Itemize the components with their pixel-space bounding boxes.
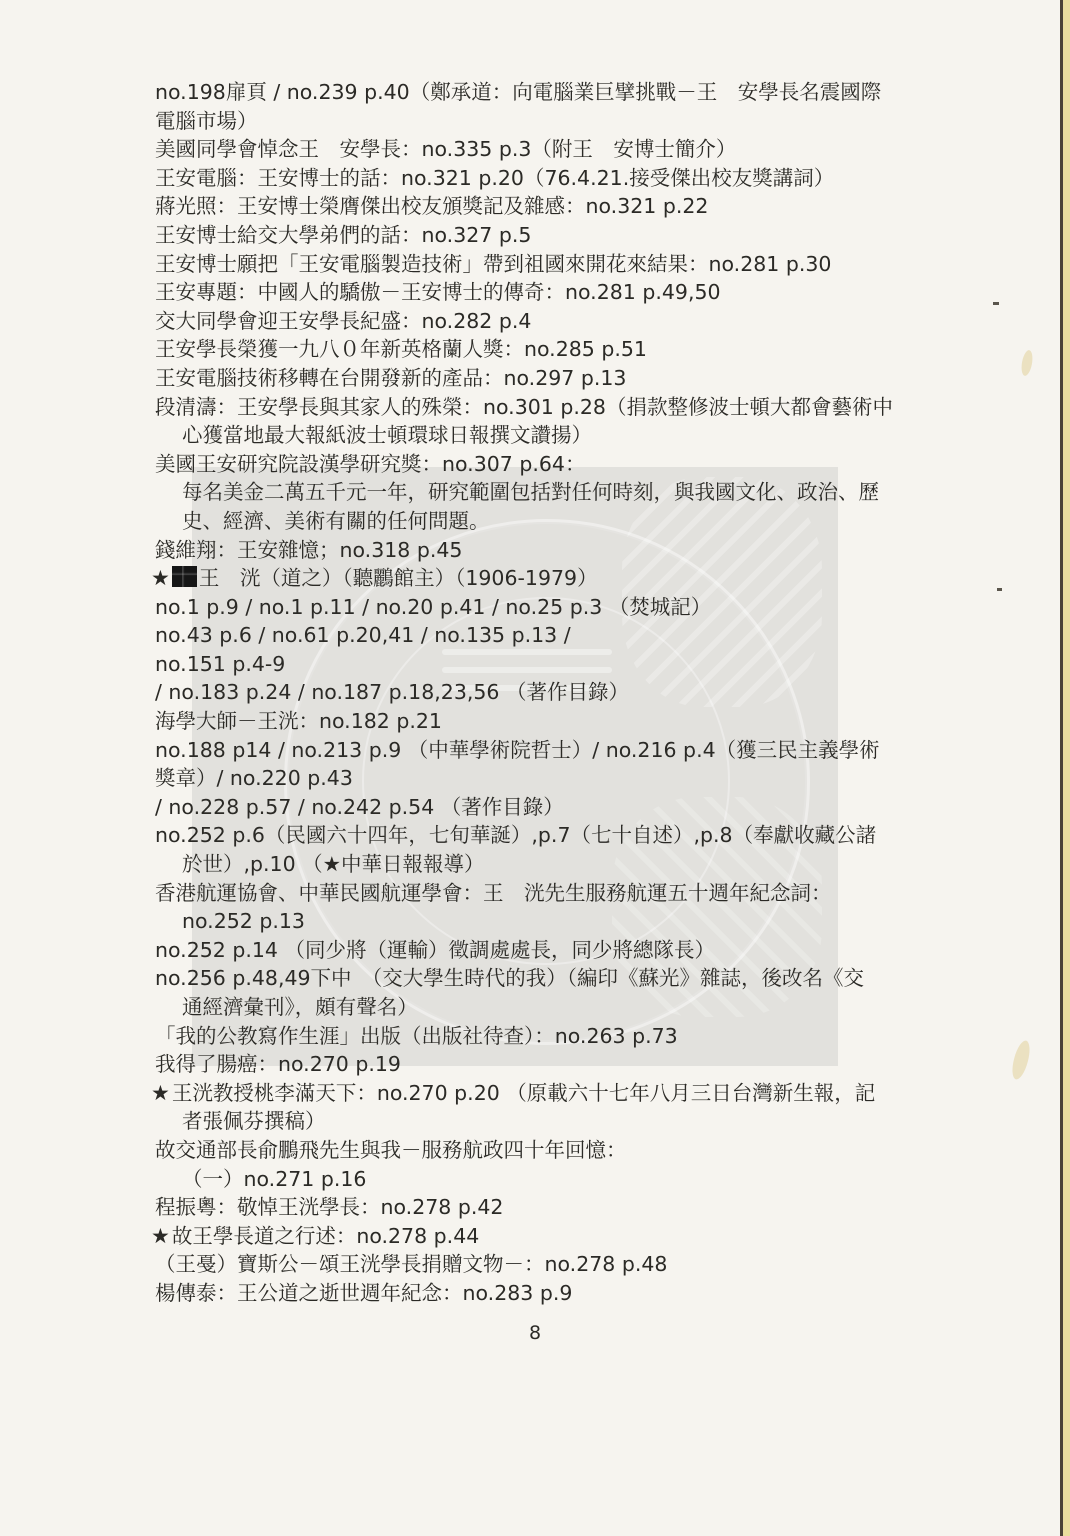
- index-line: 美國同學會悼念王 安學長：no.335 p.3（附王 安博士簡介）: [155, 135, 893, 164]
- index-line-text: （一）no.271 p.16: [182, 1167, 366, 1191]
- index-line: no.252 p.6（民國六十四年，七旬華誕）,p.7（七十自述）,p.8（奉獻…: [155, 821, 893, 850]
- index-line-text: 蔣光照：王安博士榮膺傑出校友頒獎記及雜感：no.321 p.22: [155, 194, 708, 218]
- index-line-text: no.43 p.6 / no.61 p.20,41 / no.135 p.13 …: [155, 623, 571, 647]
- index-line: / no.228 p.57 / no.242 p.54 （著作目錄）: [155, 793, 893, 822]
- index-line: 楊傳泰：王公道之逝世週年紀念：no.283 p.9: [155, 1279, 893, 1308]
- index-line-text: 王安專題：中國人的驕傲－王安博士的傳奇：no.281 p.49,50: [155, 280, 721, 304]
- index-line-text: 王安博士給交大學弟們的話：no.327 p.5: [155, 223, 531, 247]
- index-line: 獎章）/ no.220 p.43: [155, 764, 893, 793]
- index-line-text: 心獲當地最大報紙波士頓環球日報撰文讚揚）: [182, 423, 592, 447]
- index-line: 錢維翔：王安雜憶；no.318 p.45: [155, 536, 893, 565]
- index-line-text: 故王學長道之行述：no.278 p.44: [172, 1224, 479, 1248]
- index-line: no.188 p14 / no.213 p.9 （中華學術院哲士）/ no.21…: [155, 736, 893, 765]
- index-line: / no.183 p.24 / no.187 p.18,23,56 （著作目錄）: [155, 678, 893, 707]
- index-line-text: no.188 p14 / no.213 p.9 （中華學術院哲士）/ no.21…: [155, 738, 880, 762]
- star-icon: ★: [151, 1079, 170, 1108]
- scan-smudge: [1020, 349, 1034, 376]
- index-line-text: no.1 p.9 / no.1 p.11 / no.20 p.41 / no.2…: [155, 595, 711, 619]
- index-line: no.252 p.14 （同少將（運輸）徵調處處長，同少將總隊長）: [155, 936, 893, 965]
- book-edge-strip: [1063, 0, 1070, 1536]
- index-line: 者張佩芬撰稿）: [155, 1107, 893, 1136]
- index-line: 王安電腦技術移轉在台開發新的產品：no.297 p.13: [155, 364, 893, 393]
- star-icon: ★: [151, 1222, 170, 1251]
- star-icon: ★: [151, 564, 170, 593]
- scan-speck: [997, 588, 1002, 591]
- index-line-text: 楊傳泰：王公道之逝世週年紀念：no.283 p.9: [155, 1281, 572, 1305]
- index-line-text: 每名美金二萬五千元一年，研究範圍包括對任何時刻，與我國文化、政治、歷: [182, 480, 879, 504]
- index-line-text: 於世）,p.10 （★中華日報報導）: [182, 852, 485, 876]
- index-line-text: 程振粵：敬悼王洸學長：no.278 p.42: [155, 1195, 503, 1219]
- index-line: 香港航運協會、中華民國航運學會：王 洸先生服務航運五十週年紀念詞：: [155, 879, 893, 908]
- black-stamp-box: [172, 566, 197, 587]
- index-line: 蔣光照：王安博士榮膺傑出校友頒獎記及雜感：no.321 p.22: [155, 192, 893, 221]
- index-line: no.1 p.9 / no.1 p.11 / no.20 p.41 / no.2…: [155, 593, 893, 622]
- index-line: ★故王學長道之行述：no.278 p.44: [155, 1222, 893, 1251]
- index-line: 王安電腦：王安博士的話：no.321 p.20（76.4.21.接受傑出校友獎講…: [155, 164, 893, 193]
- index-line-text: 電腦市場）: [155, 109, 258, 133]
- index-line-text: 我得了腸癌：no.270 p.19: [155, 1052, 401, 1076]
- scanned-document-page: no.198扉頁 / no.239 p.40（鄭承道：向電腦業巨擘挑戰－王 安學…: [0, 0, 1070, 1536]
- index-line: （王戞）寶斯公－頌王洸學長捐贈文物－：no.278 p.48: [155, 1250, 893, 1279]
- index-line: no.256 p.48,49下中 （交大學生時代的我）（編印《蘇光》雜誌，後改名…: [155, 964, 893, 993]
- index-line-text: 獎章）/ no.220 p.43: [155, 766, 353, 790]
- index-line: 於世）,p.10 （★中華日報報導）: [155, 850, 893, 879]
- index-line-text: 美國王安研究院設漢學研究獎：no.307 p.64：: [155, 452, 585, 476]
- index-line: 段清濤：王安學長與其家人的殊榮：no.301 p.28（捐款整修波士頓大都會藝術…: [155, 393, 893, 422]
- index-line: 史、經濟、美術有關的任何問題。: [155, 507, 893, 536]
- index-line-text: （王戞）寶斯公－頌王洸學長捐贈文物－：no.278 p.48: [155, 1252, 667, 1276]
- index-line: no.252 p.13: [155, 907, 893, 936]
- index-line-text: 史、經濟、美術有關的任何問題。: [182, 509, 490, 533]
- index-line-text: 王安電腦：王安博士的話：no.321 p.20（76.4.21.接受傑出校友獎講…: [155, 166, 834, 190]
- index-line-text: 通經濟彙刊》，頗有聲名）: [182, 995, 418, 1019]
- index-line: 通經濟彙刊》，頗有聲名）: [155, 993, 893, 1022]
- index-line: 王安學長榮獲一九八０年新英格蘭人獎：no.285 p.51: [155, 335, 893, 364]
- index-line-text: 段清濤：王安學長與其家人的殊榮：no.301 p.28（捐款整修波士頓大都會藝術…: [155, 395, 893, 419]
- index-line-text: 者張佩芬撰稿）: [182, 1109, 326, 1133]
- index-line: （一）no.271 p.16: [155, 1165, 893, 1194]
- index-line: 「我的公教寫作生涯」出版（出版社待查）：no.263 p.73: [155, 1022, 893, 1051]
- scan-smudge: [1009, 1039, 1033, 1081]
- index-line-text: 王安電腦技術移轉在台開發新的產品：no.297 p.13: [155, 366, 626, 390]
- index-line-text: 王安學長榮獲一九八０年新英格蘭人獎：no.285 p.51: [155, 337, 647, 361]
- index-line: ★王洸教授桃李滿天下：no.270 p.20 （原載六十七年八月三日台灣新生報，…: [155, 1079, 893, 1108]
- index-line-text: 香港航運協會、中華民國航運學會：王 洸先生服務航運五十週年紀念詞：: [155, 881, 832, 905]
- index-line: 王安博士願把「王安電腦製造技術」帶到祖國來開花來結果：no.281 p.30: [155, 250, 893, 279]
- index-line-text: 交大同學會迎王安學長紀盛：no.282 p.4: [155, 309, 531, 333]
- index-line-text: 故交通部長俞鵬飛先生與我－服務航政四十年回憶：: [155, 1138, 627, 1162]
- index-line-text: no.198扉頁 / no.239 p.40（鄭承道：向電腦業巨擘挑戰－王 安學…: [155, 80, 881, 104]
- index-line-text: no.252 p.6（民國六十四年，七旬華誕）,p.7（七十自述）,p.8（奉獻…: [155, 823, 876, 847]
- index-line: 電腦市場）: [155, 107, 893, 136]
- index-line-text: / no.183 p.24 / no.187 p.18,23,56 （著作目錄）: [155, 680, 629, 704]
- index-line-text: 錢維翔：王安雜憶；no.318 p.45: [155, 538, 462, 562]
- index-line: 故交通部長俞鵬飛先生與我－服務航政四十年回憶：: [155, 1136, 893, 1165]
- index-line: no.198扉頁 / no.239 p.40（鄭承道：向電腦業巨擘挑戰－王 安學…: [155, 78, 893, 107]
- index-line-text: no.252 p.14 （同少將（運輸）徵調處處長，同少將總隊長）: [155, 938, 715, 962]
- index-line-text: no.151 p.4-9: [155, 652, 285, 676]
- index-line: 海學大師－王洸：no.182 p.21: [155, 707, 893, 736]
- index-line-text: 王安博士願把「王安電腦製造技術」帶到祖國來開花來結果：no.281 p.30: [155, 252, 831, 276]
- index-line-text: no.252 p.13: [182, 909, 305, 933]
- index-line: 心獲當地最大報紙波士頓環球日報撰文讚揚）: [155, 421, 893, 450]
- index-line: 王安博士給交大學弟們的話：no.327 p.5: [155, 221, 893, 250]
- page-number: 8: [0, 1322, 1070, 1344]
- scan-speck: [993, 302, 999, 305]
- index-line-text: 王洸教授桃李滿天下：no.270 p.20 （原載六十七年八月三日台灣新生報，記: [172, 1081, 875, 1105]
- index-line-text: 「我的公教寫作生涯」出版（出版社待查）：no.263 p.73: [155, 1024, 678, 1048]
- index-line-text: 美國同學會悼念王 安學長：no.335 p.3（附王 安博士簡介）: [155, 137, 736, 161]
- index-line: 王安專題：中國人的驕傲－王安博士的傳奇：no.281 p.49,50: [155, 278, 893, 307]
- index-line: 每名美金二萬五千元一年，研究範圍包括對任何時刻，與我國文化、政治、歷: [155, 478, 893, 507]
- index-line: ★王 洸（道之）（聽鸝館主）（1906-1979）: [155, 564, 893, 593]
- index-line: no.43 p.6 / no.61 p.20,41 / no.135 p.13 …: [155, 621, 893, 650]
- index-line: 美國王安研究院設漢學研究獎：no.307 p.64：: [155, 450, 893, 479]
- index-line-text: 海學大師－王洸：no.182 p.21: [155, 709, 442, 733]
- index-line: 我得了腸癌：no.270 p.19: [155, 1050, 893, 1079]
- index-list: no.198扉頁 / no.239 p.40（鄭承道：向電腦業巨擘挑戰－王 安學…: [155, 78, 893, 1308]
- index-line: no.151 p.4-9: [155, 650, 893, 679]
- index-line: 交大同學會迎王安學長紀盛：no.282 p.4: [155, 307, 893, 336]
- index-line-text: 王 洸（道之）（聽鸝館主）（1906-1979）: [199, 566, 598, 590]
- index-line: 程振粵：敬悼王洸學長：no.278 p.42: [155, 1193, 893, 1222]
- index-line-text: no.256 p.48,49下中 （交大學生時代的我）（編印《蘇光》雜誌，後改名…: [155, 966, 864, 990]
- index-line-text: / no.228 p.57 / no.242 p.54 （著作目錄）: [155, 795, 564, 819]
